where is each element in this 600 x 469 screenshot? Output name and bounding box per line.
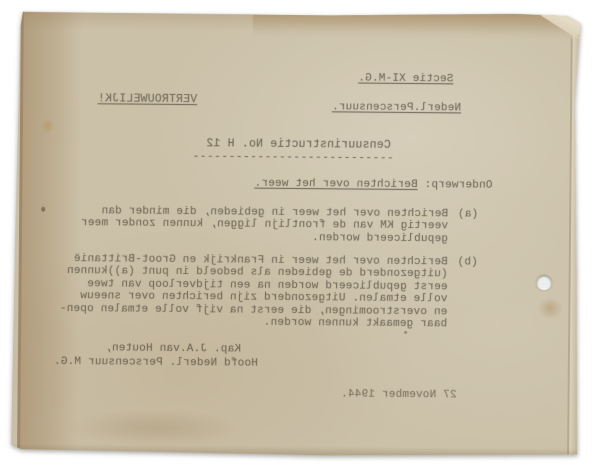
paragraph-a-marker: (a): [448, 208, 478, 245]
paragraph-b-marker: (b): [447, 256, 478, 331]
paper-sheet: Sectie XI-M.G. Nederl.Perscensuur. VERTR…: [11, 10, 581, 458]
mirrored-document-content: Sectie XI-M.G. Nederl.Perscensuur. VERTR…: [23, 10, 567, 456]
paragraph-b: (b) Berichten over het weer in Frankrijk…: [59, 253, 477, 331]
photo-background: Sectie XI-M.G. Nederl.Perscensuur. VERTR…: [0, 0, 600, 469]
classification-stamp: VERTROUWELIJK!: [98, 93, 198, 106]
title-underline-dashes: ----------------------------: [192, 151, 394, 165]
paragraph-a: (a) Berichten over het weer in gebieden,…: [81, 205, 479, 246]
signature-role: Hoofd Nederl. Perscensuur M.G.: [54, 356, 258, 370]
sender-line-1: Sectie XI-M.G.: [358, 73, 453, 86]
sender-line-2: Nederl.Perscensuur.: [332, 101, 461, 115]
right-crease-line: [567, 38, 573, 457]
right-edge-band: [569, 34, 581, 457]
paragraph-a-text: Berichten over het weer in gebieden, die…: [81, 205, 449, 245]
document-date: 27 November 1944.: [341, 388, 457, 401]
paragraph-b-text: Berichten over het weer in Frankrijk en …: [59, 253, 447, 331]
signature-name: Kap. J.A.van Houten,: [105, 342, 241, 356]
paper-sheet-wrapper: Sectie XI-M.G. Nederl.Perscensuur. VERTR…: [11, 10, 581, 458]
subject-line: Onderwerp: Berichten over het weer.: [254, 178, 492, 192]
subject-label: Onderwerp:: [418, 179, 493, 192]
instruction-title: Censuurinstructie No. H 12: [206, 138, 391, 152]
subject-text: Berichten over het weer.: [254, 178, 417, 191]
